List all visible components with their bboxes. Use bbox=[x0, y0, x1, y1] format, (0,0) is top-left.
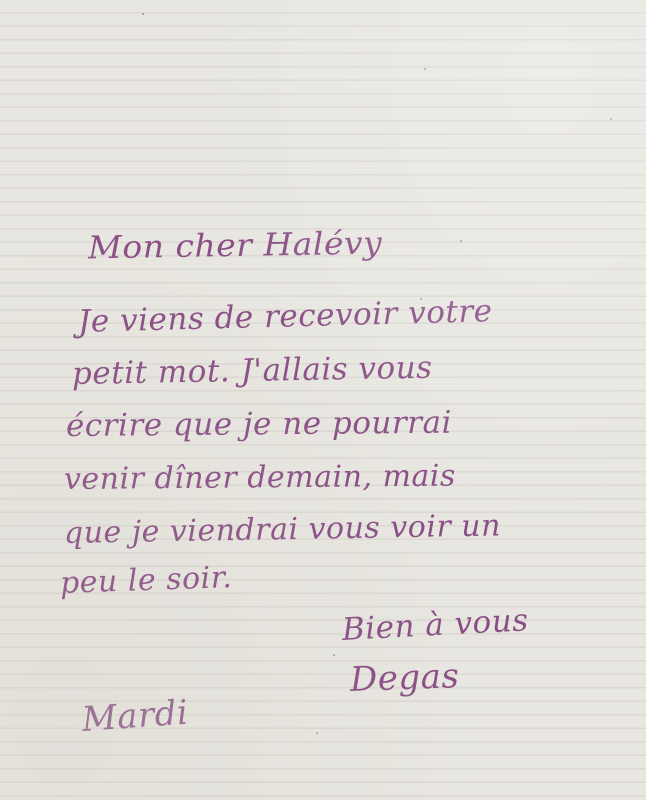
body-line-6: peu le soir. bbox=[59, 560, 232, 601]
date-line: Mardi bbox=[81, 693, 190, 740]
paper-speck bbox=[77, 335, 79, 337]
paper-speck bbox=[142, 13, 144, 15]
paper-speck bbox=[420, 298, 422, 300]
paper-speck bbox=[333, 654, 335, 656]
paper-speck bbox=[316, 732, 318, 734]
paper-speck bbox=[610, 118, 612, 120]
body-line-4: venir dîner demain, mais bbox=[64, 459, 456, 497]
closing: Bien à vous bbox=[341, 602, 529, 648]
body-line-2: petit mot. J'allais vous bbox=[72, 350, 433, 392]
paper-speck bbox=[460, 240, 462, 242]
body-line-1: Je viens de recevoir votre bbox=[78, 293, 493, 340]
body-line-3: écrire que je ne pourrai bbox=[66, 405, 452, 444]
body-line-5: que je viendrai vous voir un bbox=[64, 508, 502, 551]
signature: Degas bbox=[349, 656, 460, 700]
paper-speck bbox=[424, 68, 426, 70]
salutation: Mon cher Halévy bbox=[88, 224, 383, 266]
letter-page: Mon cher Halévy Je viens de recevoir vot… bbox=[0, 0, 646, 800]
